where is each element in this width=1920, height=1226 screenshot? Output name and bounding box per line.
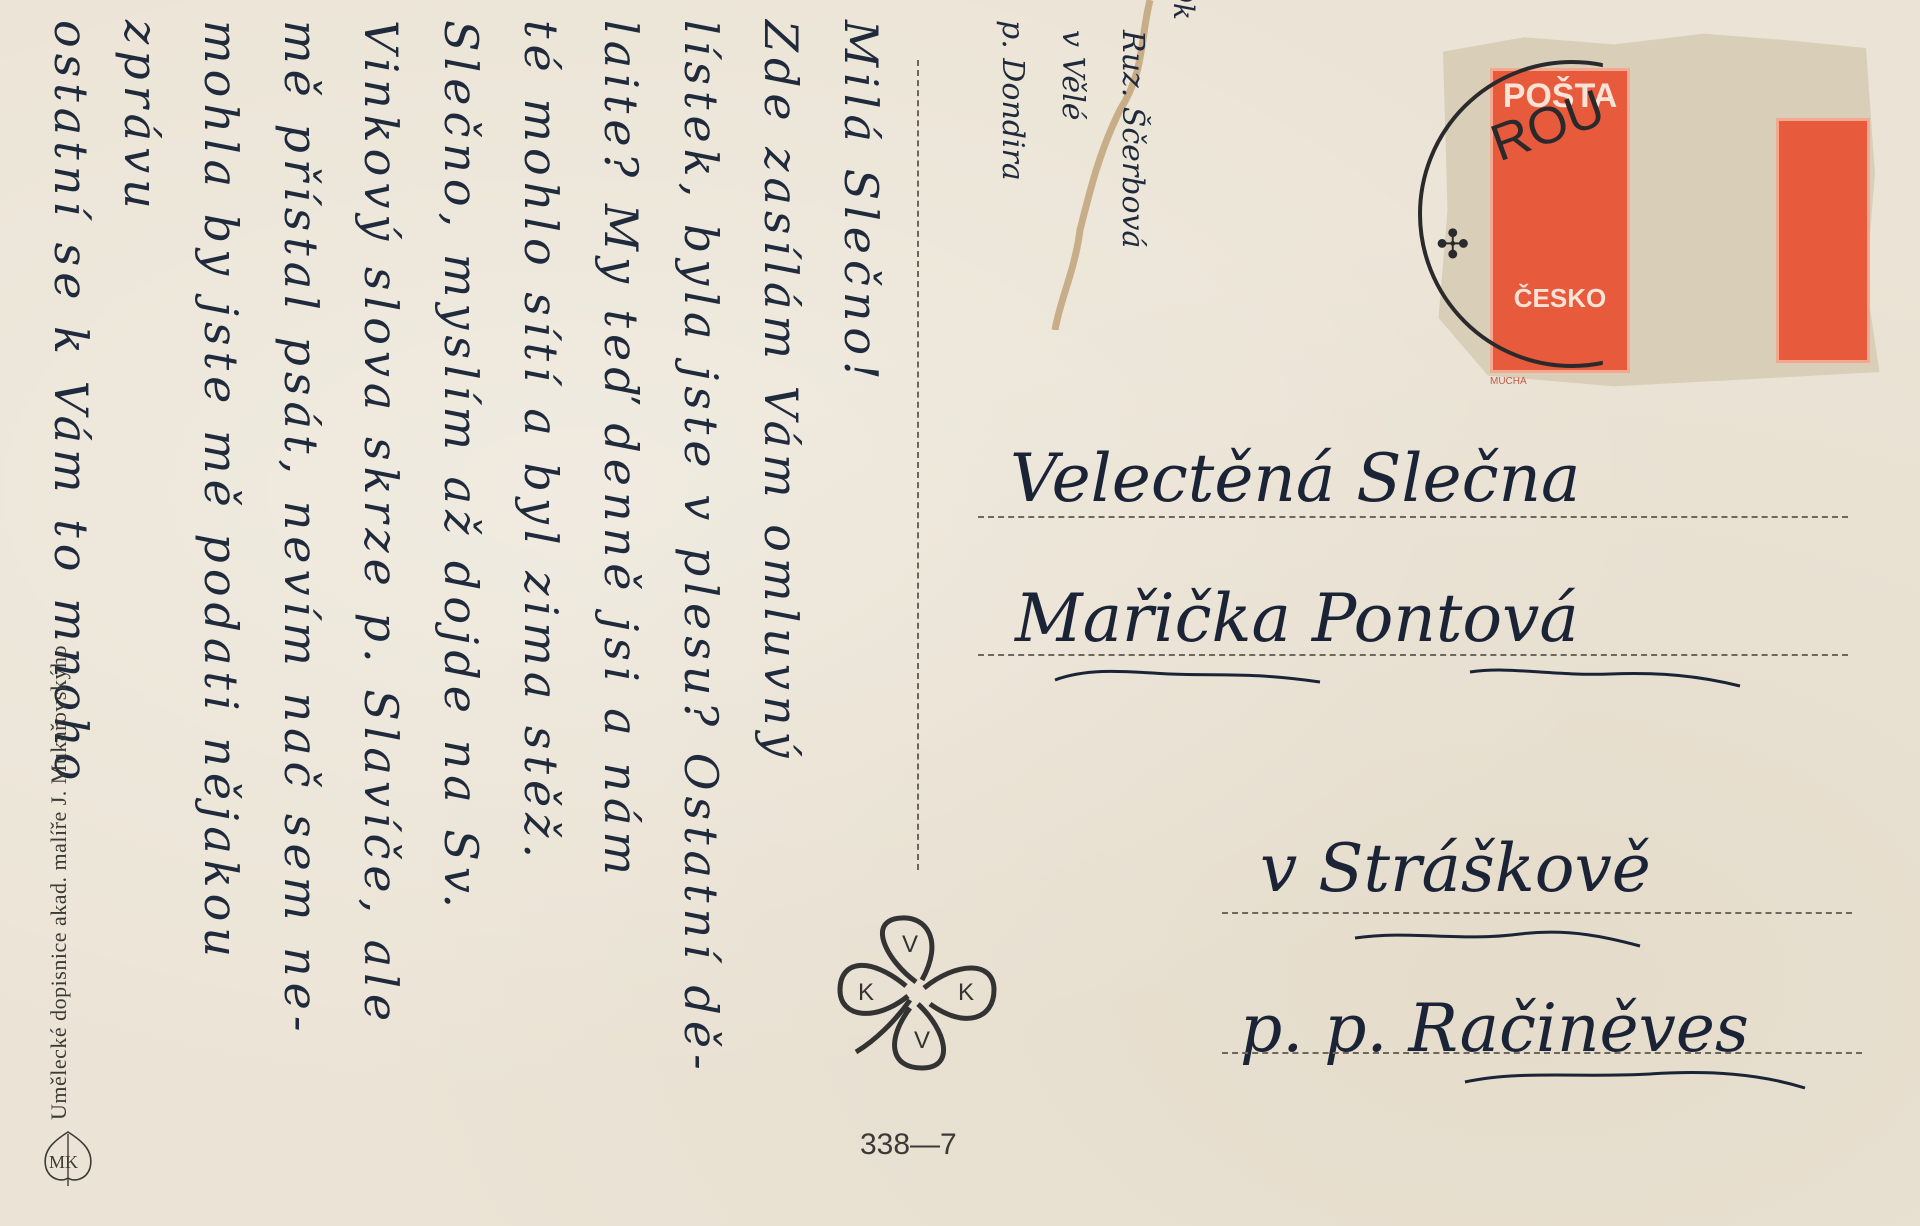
card-divider — [917, 60, 919, 870]
sender-line: Ok — [1167, 0, 1200, 20]
message-column: mohla by jste mě podati nějakou — [200, 20, 260, 1220]
svg-text:V: V — [902, 931, 918, 958]
message-line: té mohlo sítí a byl zima stěž. — [514, 20, 568, 864]
message-line: Vinkový slova skrze p. Slavíče, ale — [354, 20, 408, 1027]
postmark-star-icon: ✣ — [1436, 222, 1470, 268]
message-line: lístek, byla jste v plesu? Ostatní dě- — [674, 20, 728, 1076]
address-rule — [1222, 1052, 1862, 1054]
address-line: v Stráškově — [1260, 830, 1651, 907]
address-line: Mařička Pontová — [1015, 580, 1579, 657]
message-column: mě přístal psát, nevím nač sem ne- — [280, 20, 340, 1220]
underline-squiggle — [1460, 1064, 1810, 1094]
message-column: Slečno, myslím až dojde na Sv. — [440, 20, 500, 1220]
address-rule — [1222, 912, 1852, 914]
svg-text:V: V — [914, 1027, 930, 1054]
message-line: mohla by jste mě podati nějakou — [194, 20, 248, 963]
postcard: Milá Slečno! Zde zasílám Vám omluvný lís… — [0, 0, 1920, 1226]
postage-stamp-fragment — [1776, 118, 1870, 363]
message-line: mě přístal psát, nevím nač sem ne- — [274, 20, 328, 1037]
message-column: laite? My teď denně jsi a nám — [600, 20, 660, 1220]
message-line: Slečno, myslím až dojde na Sv. — [434, 20, 488, 914]
message-line: laite? My teď denně jsi a nám — [594, 20, 648, 881]
message-line: zprávu — [114, 20, 168, 215]
mk-leaf-logo-icon: MK — [38, 1128, 98, 1188]
publisher-line: Umělecké dopisnice akad. malíře J. Mukař… — [46, 645, 72, 1120]
card-number: 338—7 — [860, 1128, 957, 1162]
message-line: Milá Slečno! — [834, 20, 888, 386]
underline-squiggle — [1350, 924, 1650, 954]
svg-text:MK: MK — [49, 1152, 78, 1172]
sender-line: Ruz. Ščerbová — [1115, 30, 1150, 248]
svg-text:K: K — [858, 979, 874, 1006]
sender-line: v Vělé — [1055, 30, 1090, 121]
underline-squiggle — [1050, 662, 1750, 692]
stamp-designer: MUCHA — [1490, 376, 1527, 387]
sender-line: p. Dondira — [995, 20, 1030, 181]
address-line: p. p. Račiněves — [1240, 990, 1749, 1067]
message-line: Zde zasílám Vám omluvný — [754, 20, 808, 764]
message-column: Vinkový slova skrze p. Slavíče, ale — [360, 20, 420, 1220]
address-rule — [978, 516, 1848, 518]
four-leaf-clover-icon: V K V K — [826, 900, 1006, 1080]
message-column: lístek, byla jste v plesu? Ostatní dě- — [680, 20, 740, 1220]
address-rule — [978, 654, 1848, 656]
message-column: Zde zasílám Vám omluvný — [760, 20, 820, 1220]
message-column: zprávu — [120, 20, 180, 1220]
address-line: Velectěná Slečna — [1010, 440, 1580, 517]
message-column: té mohlo sítí a byl zima stěž. — [520, 20, 580, 1220]
svg-text:K: K — [958, 979, 974, 1006]
